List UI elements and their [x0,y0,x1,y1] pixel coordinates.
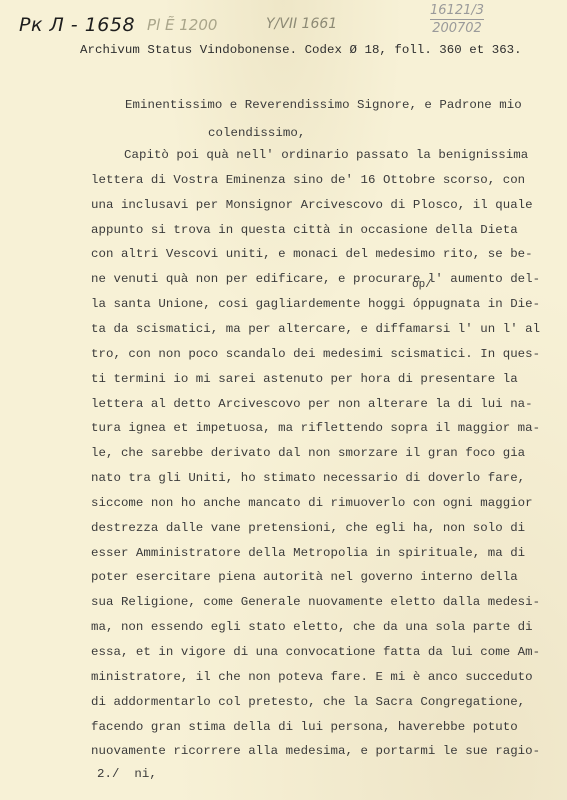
body-line: nuovamente ricorrere alla medesima, e po… [91,744,540,758]
page-footer-continuation: 2./ ni, [97,767,157,781]
catalog-fraction-bottom: 200702 [430,19,484,37]
body-line: siccome non ho anche mancato di rimuover… [91,496,533,510]
handwritten-plate-note: Pl Ẽ 1200 [147,16,217,34]
body-line: tura ignea et impetuosa, ma riflettendo … [91,421,540,435]
body-line: poter esercitare piena autorità nel gove… [91,570,518,584]
body-line: lettera di Vostra Eminenza sino de' 16 O… [91,173,525,187]
archive-source-line: Archivum Status Vindobonense. Codex Ø 18… [80,43,522,57]
body-line: tro, con non poco scandalo dei medesimi … [91,347,540,361]
handwritten-catalog-fraction: 16121/3 200702 [430,3,484,37]
body-line: una inclusavi per Monsignor Arcivescovo … [91,198,533,212]
body-line: la santa Unione, cosi gagliardemente hog… [91,297,540,311]
salutation-line-1: Eminentissimo e Reverendissimo Signore, … [125,98,522,112]
body-line: sua Religione, come Generale nuovamente … [91,595,540,609]
body-line: ti termini io mi sarei astenuto per hora… [91,372,518,386]
body-line: lettera al detto Arcivescovo per non alt… [91,397,533,411]
body-line: ne venuti quà non per edificare, e procu… [91,272,540,286]
document-page: Pк Л - 1658 Pl Ẽ 1200 Y/VII 1661 16121/… [0,0,567,800]
body-line: nato tra gli Uniti, ho stimato necessari… [91,471,525,485]
body-line: appunto si trova in questa città in occa… [91,223,518,237]
body-line: esser Amministratore della Metropolia in… [91,546,525,560]
body-line: ministratore, il che non poteva fare. E … [91,670,533,684]
body-line: destrezza dalle vane pretensioni, che eg… [91,521,525,535]
salutation-line-2: colendissimo, [208,126,305,140]
body-line: le, che sarebbe derivato dal non smorzar… [91,446,525,460]
body-line: con altri Vescovi uniti, e monaci del me… [91,247,533,261]
handwritten-date-note: Y/VII 1661 [266,16,337,32]
body-line: ma, non essendo egli stato eletto, che d… [91,620,533,634]
body-line: essa, et in vigore di una convocatione f… [91,645,540,659]
handwritten-reference-number: Pк Л - 1658 [19,14,135,36]
interlinear-correction: op/ [412,279,432,291]
body-line: ta da scismatici, ma per altercare, e di… [91,322,540,336]
body-line: di addormentarlo col pretesto, che la Sa… [91,695,525,709]
body-line: facendo gran stima della di lui persona,… [91,720,518,734]
catalog-fraction-top: 16121/3 [430,3,484,19]
body-line: Capitò poi quà nell' ordinario passato l… [124,148,528,162]
